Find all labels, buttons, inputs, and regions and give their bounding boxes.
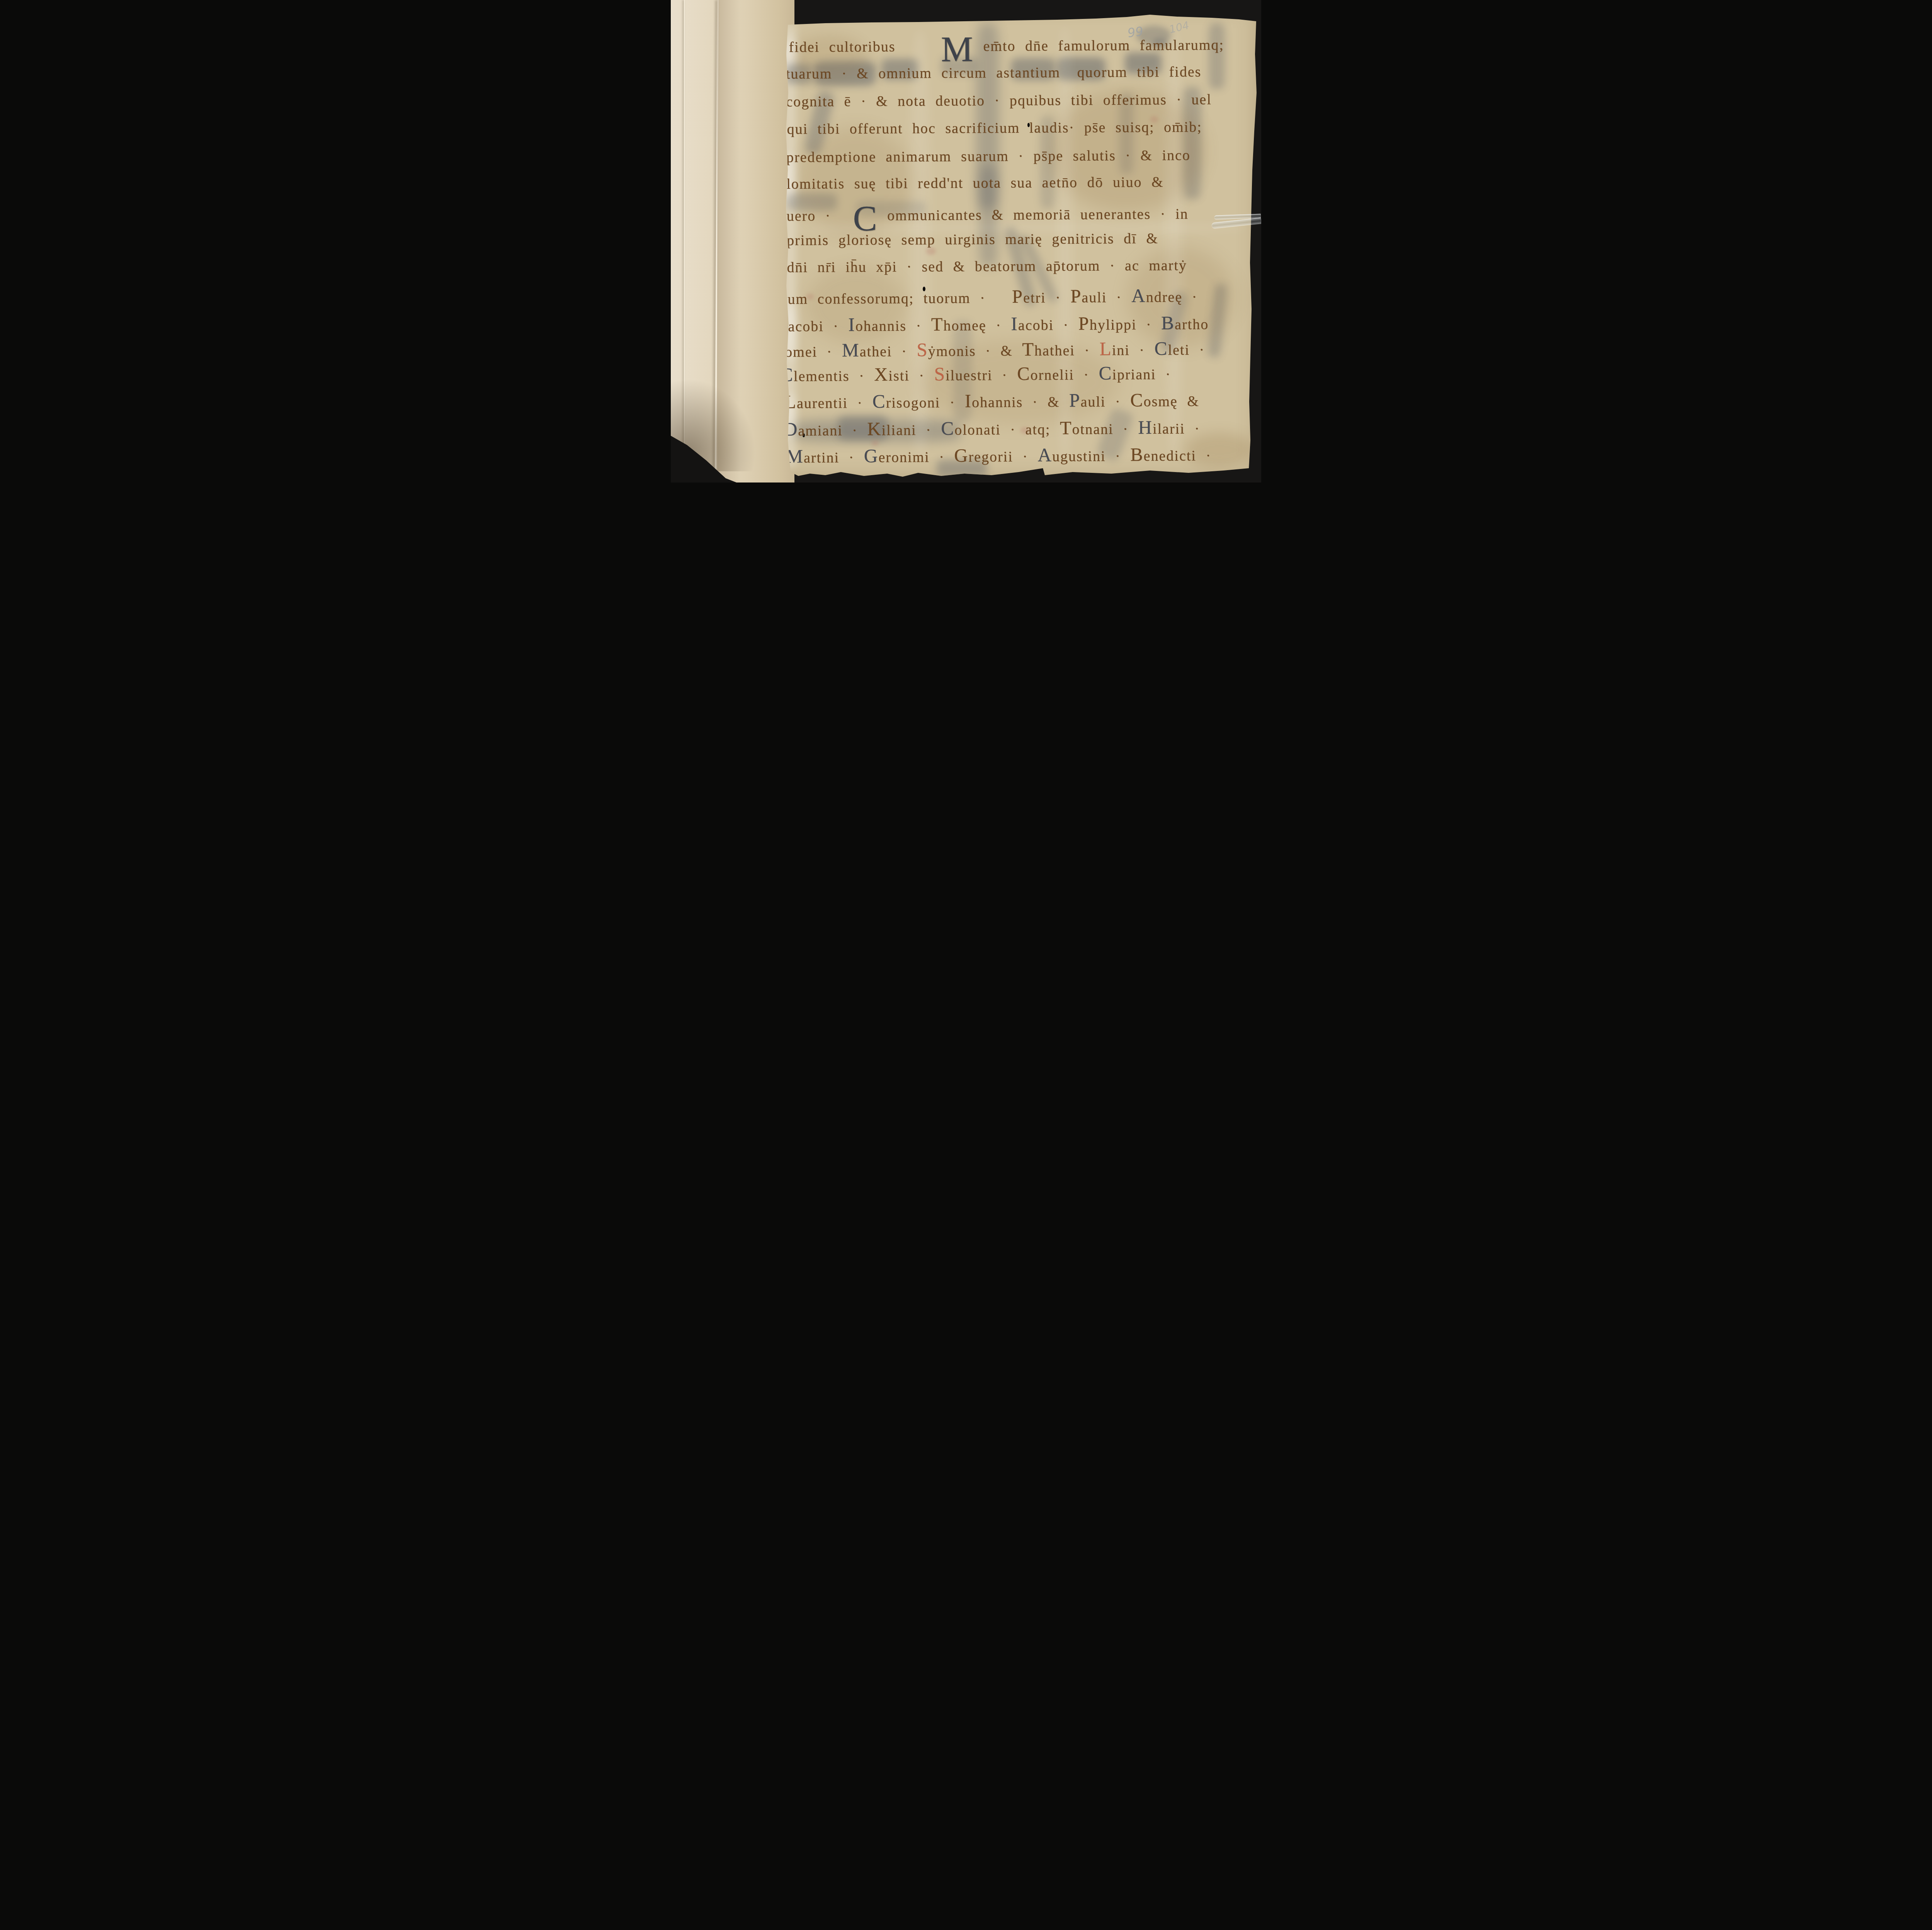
text-segment: M [842, 339, 860, 360]
text-segment: rum confessorumq; tuorum · [782, 290, 995, 308]
text-segment: ndreę · [1146, 289, 1197, 306]
text-segment: S [934, 363, 946, 384]
text-segment: ẏmonis · [928, 343, 1000, 360]
text-segment: etri · [1023, 290, 1071, 306]
text-segment: lomei · [780, 344, 842, 360]
text-segment: B [1130, 444, 1144, 465]
text-segment: atq; [1025, 421, 1060, 438]
manuscript-line: Laurentii · Crisogoni · Iohannis · & Pau… [784, 389, 1199, 413]
manuscript-line: dn̄i nr̄i ih̄u xp̄i · sed & beatorum ap̄… [787, 257, 1187, 276]
photo-stage: 99 104 fidei cultoribus M em̄to dn̄e fam… [671, 0, 1261, 482]
text-segment: aurentii · [797, 395, 872, 411]
manuscript-line: lomei · Mathei · Sẏmonis · & Thathei · L… [780, 337, 1205, 362]
text-segment: C [853, 202, 878, 235]
text-segment: hathei · [1034, 342, 1100, 359]
text-segment: olonati · [954, 421, 1025, 438]
text-segment: ohannis · [855, 318, 931, 334]
manuscript-line: predemptione animarum suarum · ps̄pe sal… [786, 147, 1190, 166]
text-segment: T [1060, 418, 1072, 438]
text-segment: auli · [1080, 394, 1130, 410]
text-segment: T [931, 314, 943, 335]
text-segment: I [1011, 313, 1018, 334]
text-segment: athei · [860, 343, 917, 360]
text-segment: lomitatis suę tibi redd'nt uota sua aetn… [786, 174, 1163, 192]
text-segment: C [1154, 338, 1168, 359]
manuscript-line: Clementis · Xisti · Siluestri · Cornelii… [780, 362, 1171, 386]
glass-pointer [1211, 213, 1261, 234]
text-segment: C [1099, 362, 1112, 384]
text-segment: I [848, 314, 855, 335]
text-segment: G [954, 445, 968, 466]
text-segment: C [872, 391, 886, 412]
manuscript-line: Damiani · Kiliani · Colonati · atq; Totn… [783, 416, 1200, 440]
text-segment: ilarii · [1153, 421, 1200, 437]
text-segment: osmę & [1143, 393, 1199, 410]
text-segment: X [874, 364, 888, 385]
text-segment: ipriani · [1112, 366, 1171, 383]
text-segment: B [1161, 312, 1175, 333]
text-segment: M [941, 33, 974, 66]
text-segment: em̄to dn̄e famulorum famularumq; [974, 37, 1224, 54]
text-segment: C [1130, 390, 1144, 411]
text-segment: I [965, 391, 972, 411]
text-segment: hylippi · [1090, 316, 1162, 333]
text-segment: iluestri · [946, 367, 1017, 384]
glass-pointer-prong [1212, 217, 1261, 228]
manuscript-line: primis gloriosę semp uirginis marię geni… [787, 230, 1158, 249]
text-segment: dn̄i nr̄i ih̄u xp̄i · sed & beatorum ap̄… [787, 257, 1187, 275]
text-segment: C [941, 418, 954, 439]
text-segment: T [1022, 339, 1034, 360]
text-segment: auli · [1082, 289, 1131, 306]
text-segment: P [1070, 285, 1082, 306]
text-segment: tuarum · & omnium circum astantium [786, 65, 1070, 82]
manuscript-line: rum confessorumq; tuorum · Petri · Pauli… [782, 284, 1198, 309]
text-segment: artini · [804, 449, 864, 466]
text-segment: amiani · [798, 422, 867, 439]
text-segment: ommunicantes & memoriā uenerantes · in [878, 206, 1188, 224]
text-segment: primis gloriosę semp uirginis marię geni… [787, 230, 1158, 248]
text-segment: ini · [1112, 342, 1154, 358]
text-segment: G [864, 445, 879, 466]
text-segment: uero · [787, 208, 840, 224]
text-segment: S [917, 339, 928, 360]
manuscript-line: tuarum · & omnium circum astantium quoru… [786, 63, 1202, 83]
text-segment: fidei cultoribus [789, 39, 905, 56]
manuscript-line: qui tibi offerunt hoc sacrificium laudis… [787, 119, 1202, 138]
text-segment: A [1131, 285, 1146, 306]
text-segment: enedicti · [1143, 448, 1211, 464]
text-segment: acobi · [788, 318, 848, 335]
text-segment: ornelii · [1030, 367, 1099, 383]
text-segment: otnani · [1072, 421, 1138, 438]
text-segment: K [867, 418, 881, 439]
text-segment: quorum tibi fides [1077, 64, 1201, 81]
text-segment: ugustini · [1052, 448, 1130, 465]
text-segment: artho [1175, 316, 1209, 333]
manuscript-line: lomitatis suę tibi redd'nt uota sua aetn… [786, 173, 1163, 192]
manuscript-line: cognita ē · & nota deuotio · pquibus tib… [786, 91, 1212, 110]
text-segment: homeę · [943, 317, 1011, 334]
page-curl-shadow [671, 379, 756, 471]
manuscript-line: Martini · Geronimi · Gregorii · Augustin… [786, 443, 1211, 467]
text-segment: predemptione animarum suarum · ps̄pe sal… [786, 147, 1190, 165]
text-segment: ohannis · & [972, 394, 1069, 411]
text-segment: C [1017, 363, 1031, 384]
text-segment: A [1037, 444, 1052, 466]
text-segment: risogoni · [886, 394, 964, 411]
text-segment: & [1000, 343, 1022, 359]
text-segment: cognita ē · & nota deuotio · pquibus tib… [786, 92, 1212, 110]
text-segment: lementis · [794, 368, 874, 384]
text-segment: leti · [1168, 342, 1205, 358]
text-segment: P [1069, 389, 1081, 411]
text-segment: P [1012, 286, 1023, 307]
text-segment: iliani · [881, 422, 941, 438]
text-segment: H [1138, 416, 1153, 438]
text-segment: qui tibi offerunt hoc sacrificium laudis… [787, 119, 1202, 138]
text-segment: P [1078, 313, 1090, 334]
text-segment: regorii · [968, 449, 1037, 465]
manuscript-line: fidei cultoribus M em̄to dn̄e famulorum … [789, 32, 1224, 66]
text-segment: eronimi · [878, 449, 954, 466]
manuscript-line: Iacobi · Iohannis · Thomeę · Iacobi · Ph… [781, 312, 1209, 336]
text-segment: acobi · [1018, 317, 1078, 333]
text-segment: isti · [888, 367, 934, 384]
text-segment: L [1099, 338, 1112, 359]
